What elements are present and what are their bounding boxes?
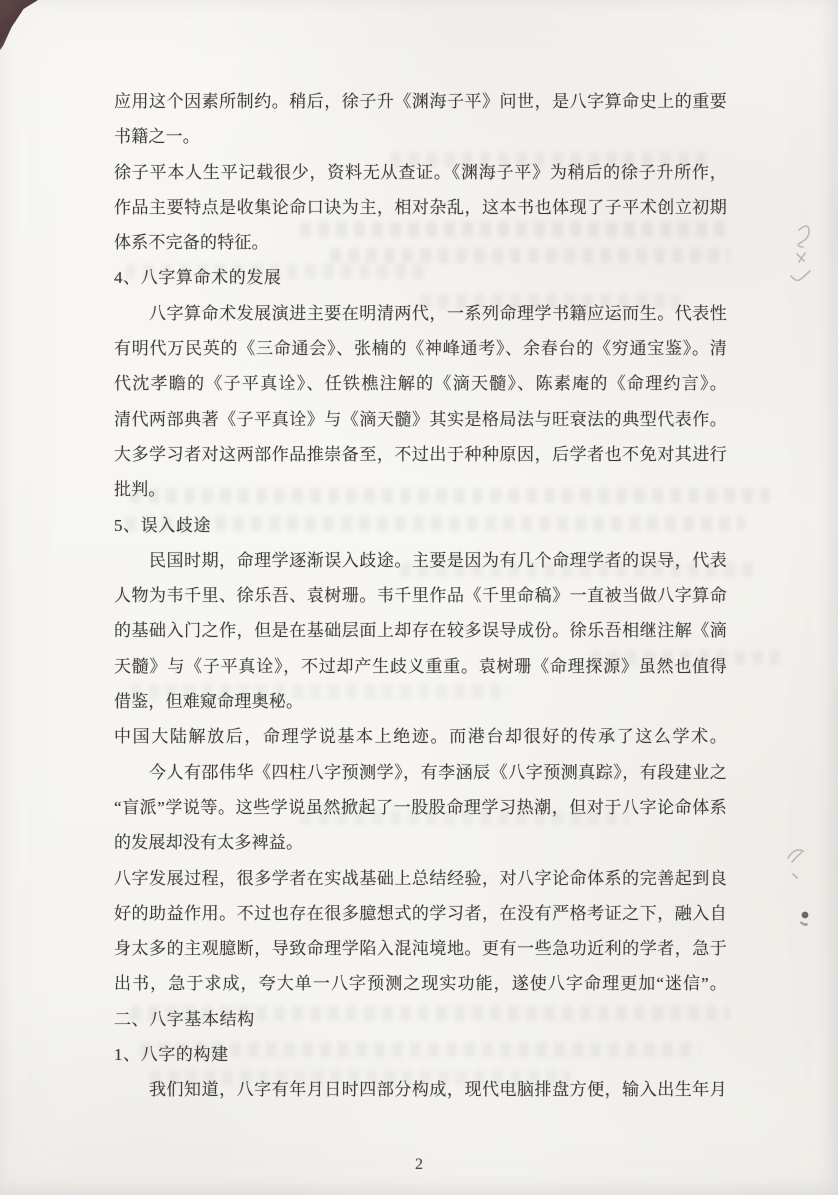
text-line: 代沈孝瞻的《子平真诠》、任铁樵注解的《滴天髓》、陈素庵的《命理约言》。 xyxy=(114,366,727,401)
text-line: 大多学习者对这两部作品推崇备至，不过出于种种原因，后学者也不免对其进行 xyxy=(114,437,727,472)
text-line: 出书，急于求成，夸大单一八字预测之现实功能，遂使八字命理更加“迷信”。 xyxy=(114,966,727,1001)
text-line: 有明代万民英的《三命通会》、张楠的《神峰通考》、余春台的《穷通宝鉴》。清 xyxy=(114,331,727,366)
text-line: 作品主要特点是收集论命口诀为主，相对杂乱，这本书也体现了子平术创立初期 xyxy=(114,190,727,225)
text-line: 5、误入歧途 xyxy=(114,508,727,543)
text-line: 徐子平本人生平记载很少，资料无从查证。《渊海子平》为稍后的徐子升所作， xyxy=(114,155,727,190)
text-line: 的基础入门之作，但是在基础层面上却存在较多误导成份。徐乐吾相继注解《滴 xyxy=(114,613,727,648)
text-line: 民国时期，命理学逐渐误入歧途。主要是因为有几个命理学者的误导，代表 xyxy=(114,543,727,578)
text-line: 好的助益作用。不过也存在很多臆想式的学习者，在没有严格考证之下，融入自 xyxy=(114,896,727,931)
text-line: 天髓》与《子平真诠》，不过却产生歧义重重。袁树珊《命理探源》虽然也值得 xyxy=(114,649,727,684)
text-line: “盲派”学说等。这些学说虽然掀起了一股股命理学习热潮，但对于八字论命体系 xyxy=(114,790,727,825)
text-line: 身太多的主观臆断，导致命理学陷入混沌境地。更有一些急功近利的学者，急于 xyxy=(114,931,727,966)
text-line: 的发展却没有太多裨益。 xyxy=(114,825,727,860)
text-line: 书籍之一。 xyxy=(114,119,727,154)
text-line: 批判。 xyxy=(114,472,727,507)
text-line: 八字发展过程，很多学者在实战基础上总结经验，对八字论命体系的完善起到良 xyxy=(114,861,727,896)
text-line: 八字算命术发展演进主要在明清两代，一系列命理学书籍应运而生。代表性 xyxy=(114,296,727,331)
scanned-document-page: 应用这个因素所制约。稍后，徐子升《渊海子平》问世，是八字算命史上的重要 书籍之一… xyxy=(0,0,838,1195)
text-line: 二、八字基本结构 xyxy=(114,1002,727,1037)
text-line: 4、八字算命术的发展 xyxy=(114,260,727,295)
text-line: 今人有邵伟华《四柱八字预测学》，有李涵辰《八字预测真踪》，有段建业之 xyxy=(114,755,727,790)
text-line: 借鉴，但难窥命理奥秘。 xyxy=(114,684,727,719)
page-number: 2 xyxy=(0,1156,838,1174)
text-line: 应用这个因素所制约。稍后，徐子升《渊海子平》问世，是八字算命史上的重要 xyxy=(114,84,727,119)
text-line: 清代两部典著《子平真诠》与《滴天髓》其实是格局法与旺衰法的典型代表作。 xyxy=(114,402,727,437)
text-line: 中国大陆解放后，命理学说基本上绝迹。而港台却很好的传承了这么学术。 xyxy=(114,719,727,754)
text-line: 人物为韦千里、徐乐吾、袁树珊。韦千里作品《千里命稿》一直被当做八字算命 xyxy=(114,578,727,613)
scan-corner-artifact xyxy=(0,0,38,50)
text-line: 我们知道，八字有年月日时四部分构成，现代电脑排盘方便，输入出生年月 xyxy=(114,1072,727,1107)
document-text: 应用这个因素所制约。稍后，徐子升《渊海子平》问世，是八字算命史上的重要 书籍之一… xyxy=(114,84,727,1108)
text-line: 1、八字的构建 xyxy=(114,1037,727,1072)
text-line: 体系不完备的特征。 xyxy=(114,225,727,260)
